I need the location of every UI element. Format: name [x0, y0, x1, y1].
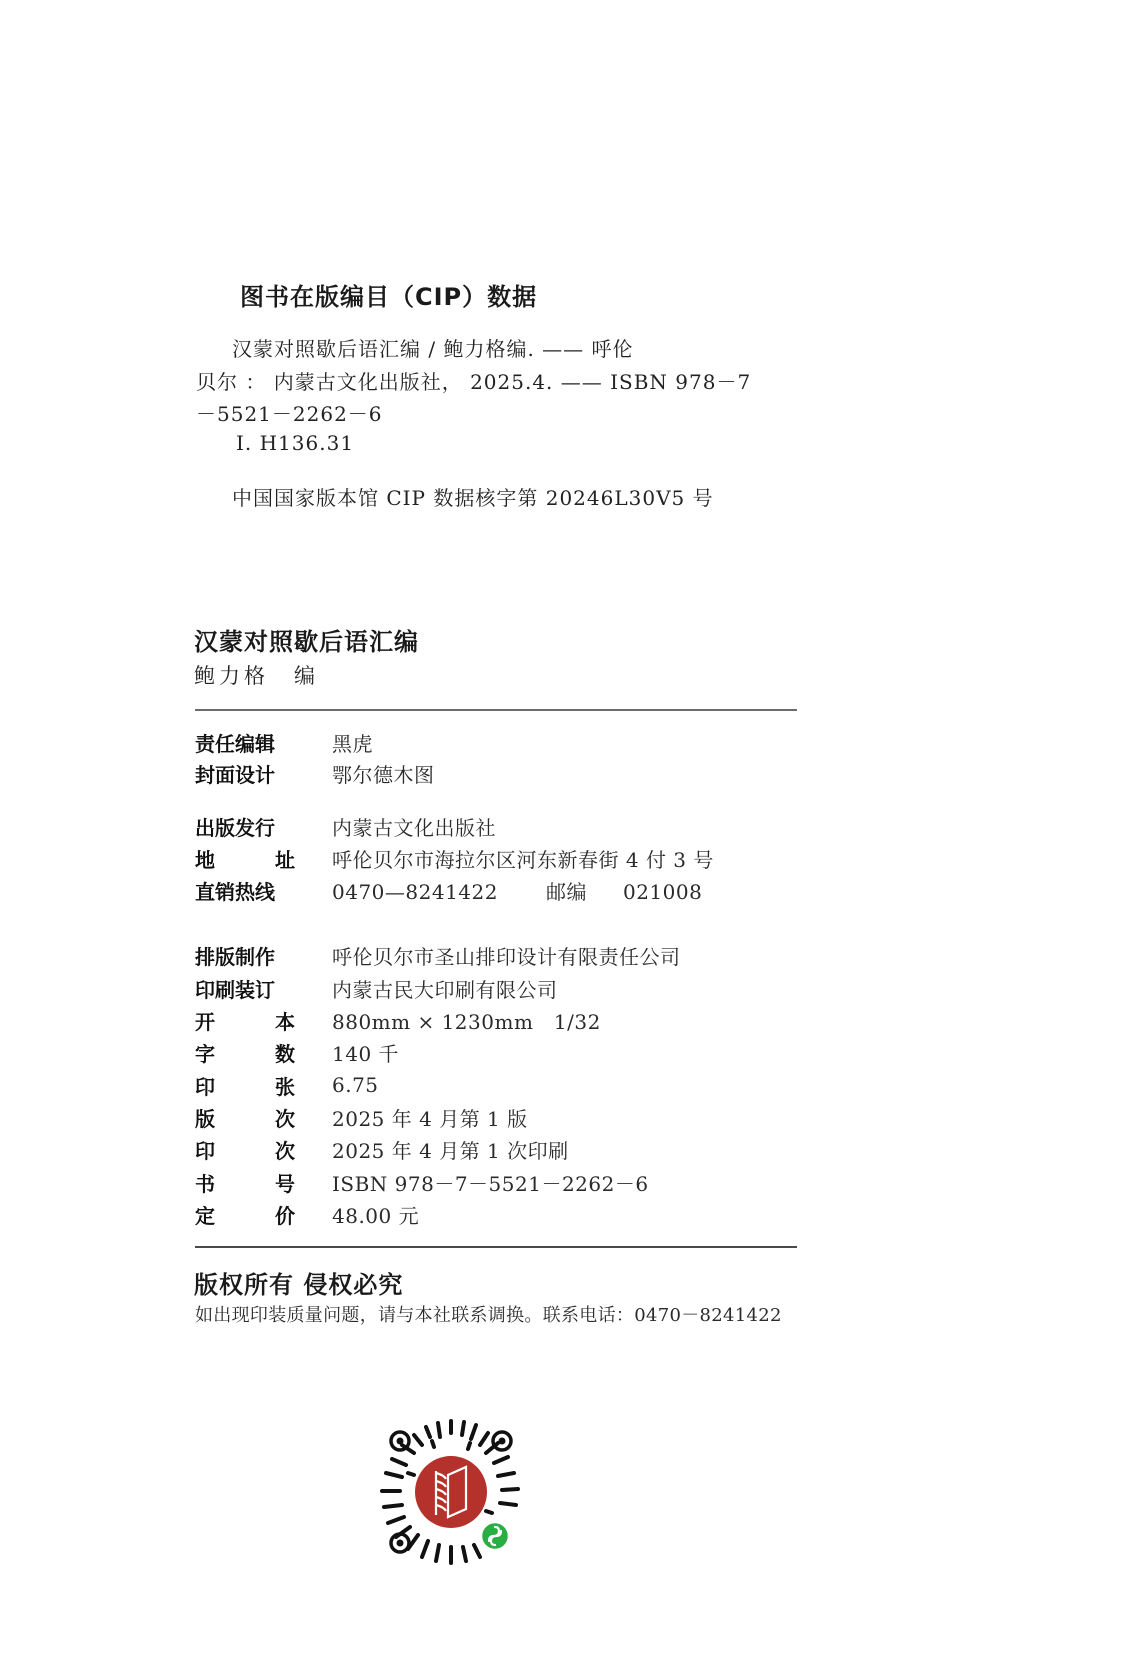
detail-value: 140 千 [332, 1038, 399, 1067]
detail-value: 2025 年 4 月第 1 次印刷 [332, 1135, 569, 1164]
detail-label-part: 价 [275, 1200, 295, 1229]
detail-row-address: 地 址 呼伦贝尔市海拉尔区河东新春街 4 付 3 号 [195, 844, 714, 872]
detail-row-impression: 印 次 2025 年 4 月第 1 次印刷 [195, 1135, 569, 1163]
detail-label-part: 书 [195, 1168, 215, 1197]
detail-row-cover-design: 封面设计 鄂尔德木图 [195, 759, 435, 787]
detail-label: 地 址 [195, 844, 295, 873]
detail-row-typesetting: 排版制作 呼伦贝尔市圣山排印设计有限责任公司 [195, 941, 681, 969]
detail-label: 印刷装订 [195, 974, 295, 1003]
detail-label-part: 张 [275, 1071, 295, 1100]
detail-label: 责任编辑 [195, 728, 295, 757]
copyright-statement: 版权所有 侵权必究 [194, 1265, 403, 1300]
detail-label-part: 印 [195, 1135, 215, 1164]
detail-value: 2025 年 4 月第 1 版 [332, 1103, 528, 1132]
detail-label-part: 地 [195, 844, 215, 873]
postcode-value: 021008 [623, 880, 702, 904]
detail-value: 48.00 元 [332, 1200, 419, 1229]
cip-verification: 中国国家版本馆 CIP 数据核字第 20246L30V5 号 [232, 482, 714, 511]
cip-line-4: Ⅰ. H136.31 [236, 431, 354, 455]
detail-row-editor: 责任编辑 黑虎 [195, 728, 373, 756]
detail-value: 880mm × 1230mm 1/32 [332, 1006, 601, 1035]
detail-label-part: 次 [275, 1135, 295, 1164]
detail-label-part: 印 [195, 1071, 215, 1100]
cip-line-2: 贝尔 ： 内蒙古文化出版社， 2025.4. —— ISBN 978－7 [196, 366, 751, 395]
qr-code-icon [372, 1413, 530, 1571]
detail-row-hotline: 直销热线 0470—8241422邮编021008 [195, 876, 702, 904]
detail-label: 书 号 [195, 1168, 295, 1197]
detail-value: 内蒙古民大印刷有限公司 [332, 974, 558, 1003]
detail-label-part: 数 [275, 1038, 295, 1067]
detail-label-part: 开 [195, 1006, 215, 1035]
book-title: 汉蒙对照歇后语汇编 [194, 622, 419, 657]
detail-label: 版 次 [195, 1103, 295, 1132]
detail-value: 内蒙古文化出版社 [332, 812, 496, 841]
detail-label-part: 次 [275, 1103, 295, 1132]
detail-label: 印 张 [195, 1071, 295, 1100]
quality-notice: 如出现印装质量问题，请与本社联系调换。联系电话：0470－8241422 [195, 1301, 782, 1327]
detail-label-part: 版 [195, 1103, 215, 1132]
detail-value: 黑虎 [332, 728, 373, 757]
detail-label: 出版发行 [195, 812, 295, 841]
detail-value: 呼伦贝尔市圣山排印设计有限责任公司 [332, 941, 681, 970]
detail-row-price: 定 价 48.00 元 [195, 1200, 419, 1228]
detail-row-edition: 版 次 2025 年 4 月第 1 版 [195, 1103, 528, 1131]
detail-value: 6.75 [332, 1073, 379, 1097]
detail-row-format: 开 本 880mm × 1230mm 1/32 [195, 1006, 601, 1034]
detail-value: 呼伦贝尔市海拉尔区河东新春街 4 付 3 号 [332, 844, 714, 873]
detail-label-part: 址 [275, 844, 295, 873]
detail-row-sheets: 印 张 6.75 [195, 1071, 379, 1099]
detail-label: 开 本 [195, 1006, 295, 1035]
detail-value: ISBN 978－7－5521－2262－6 [332, 1168, 649, 1197]
detail-label: 定 价 [195, 1200, 295, 1229]
detail-label: 排版制作 [195, 941, 295, 970]
detail-row-isbn: 书 号 ISBN 978－7－5521－2262－6 [195, 1168, 649, 1196]
cip-line-3: －5521－2262－6 [196, 398, 383, 427]
hotline-number: 0470—8241422 [332, 880, 498, 904]
top-divider [195, 709, 797, 711]
postcode-label: 邮编 [546, 880, 587, 904]
cip-line-1: 汉蒙对照歇后语汇编 / 鲍力格编. —— 呼伦 [232, 333, 634, 362]
detail-label-part: 定 [195, 1200, 215, 1229]
detail-label: 字 数 [195, 1038, 295, 1067]
mini-program-code[interactable] [372, 1413, 530, 1571]
detail-value: 鄂尔德木图 [332, 759, 435, 788]
detail-label-part: 号 [275, 1168, 295, 1197]
detail-label: 直销热线 [195, 876, 295, 905]
book-author: 鲍力格 编 [194, 660, 319, 690]
detail-row-printing: 印刷装订 内蒙古民大印刷有限公司 [195, 974, 558, 1002]
bottom-divider [195, 1246, 797, 1248]
detail-label: 印 次 [195, 1135, 295, 1164]
cip-heading: 图书在版编目（CIP）数据 [240, 277, 537, 312]
detail-row-publisher: 出版发行 内蒙古文化出版社 [195, 812, 496, 840]
detail-value: 0470—8241422邮编021008 [332, 876, 702, 905]
detail-label-part: 字 [195, 1038, 215, 1067]
detail-row-word-count: 字 数 140 千 [195, 1038, 399, 1066]
detail-label: 封面设计 [195, 759, 295, 788]
detail-label-part: 本 [275, 1006, 295, 1035]
